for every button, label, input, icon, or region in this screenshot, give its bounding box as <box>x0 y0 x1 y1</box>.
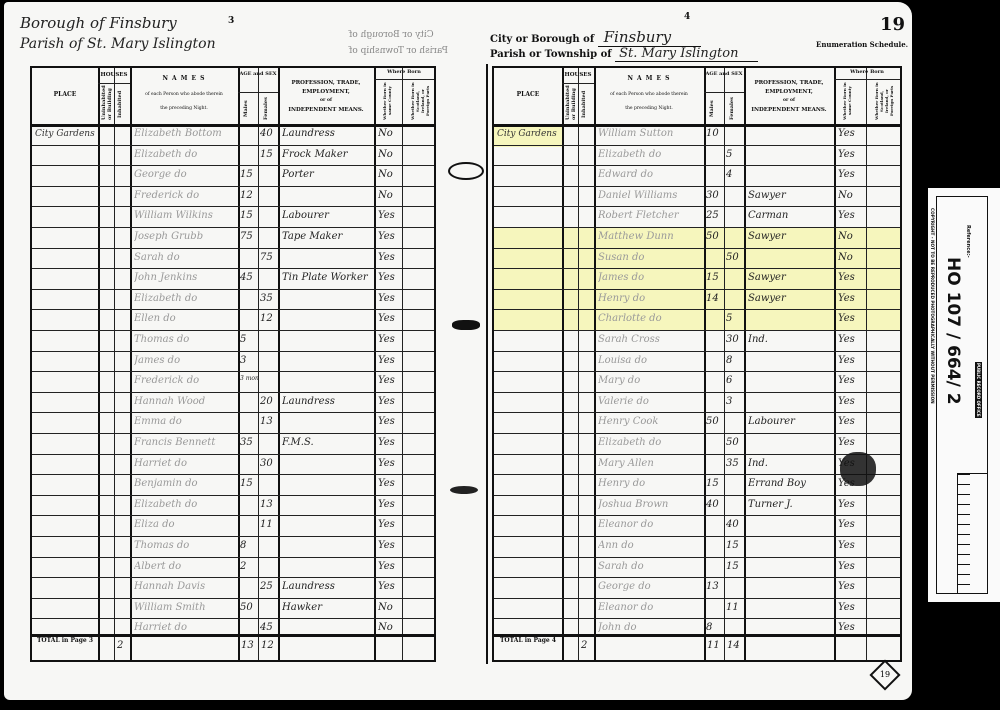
total-females: 12 <box>261 640 274 651</box>
age-male: 15 <box>240 478 258 489</box>
age-sex-header: AGE and SEX <box>238 72 278 78</box>
person-name: George do <box>598 581 702 592</box>
born-in-county: No <box>838 231 864 242</box>
age-female: 11 <box>726 602 744 613</box>
occupation: Porter <box>282 169 372 180</box>
person-name: William Sutton <box>598 128 702 139</box>
names-subheader-2: the preceding Night. <box>130 106 238 111</box>
born-in-county: Yes <box>838 272 864 283</box>
born-in-county: Yes <box>378 540 400 551</box>
right-page-number: 4 <box>684 12 690 22</box>
born-elsewhere-header: Whether Born in Scotland, Ireland, or Fo… <box>874 82 884 120</box>
column-divider <box>278 68 280 660</box>
row-divider <box>494 371 900 372</box>
born-in-county: Yes <box>378 293 400 304</box>
person-name: Ann do <box>598 540 702 551</box>
born-in-county: Yes <box>838 149 864 160</box>
column-divider <box>258 68 259 660</box>
row-divider <box>494 227 900 228</box>
column-divider <box>130 68 132 660</box>
left-borough-value: Finsbury <box>109 14 176 32</box>
row-divider <box>32 289 434 290</box>
inhabited-header: Inhabited <box>581 88 591 120</box>
age-male: 45 <box>240 272 258 283</box>
row-divider <box>494 598 900 599</box>
row-divider <box>32 495 434 496</box>
males-header: Males <box>243 98 253 120</box>
age-female: 40 <box>260 128 278 139</box>
age-female: 12 <box>260 313 278 324</box>
occupation: Carman <box>748 210 832 221</box>
occupation: Sawyer <box>748 293 832 304</box>
place-value: City Gardens <box>497 129 557 139</box>
age-female: 15 <box>726 540 744 551</box>
age-male: 35 <box>240 437 258 448</box>
born-in-county: Yes <box>838 128 864 139</box>
row-divider <box>494 433 900 434</box>
row-divider <box>32 145 434 146</box>
right-borough-value: Finsbury <box>598 28 701 47</box>
reference-strip: Reference:- HO 107 / 664/ 2 PUBLIC RECOR… <box>928 188 1000 602</box>
row-divider <box>494 165 900 166</box>
profession-header: or of <box>744 98 834 103</box>
row-divider <box>494 495 900 496</box>
column-divider <box>402 68 403 660</box>
born-elsewhere-header: Whether Born in Scotland, Ireland, or Fo… <box>410 82 420 120</box>
females-header: Females <box>729 98 739 120</box>
age-female: 50 <box>726 252 744 263</box>
ghost-borough-text: City or Borough of <box>349 30 434 40</box>
row-divider <box>32 206 434 207</box>
where-born-header: Where Born <box>374 70 434 76</box>
column-divider <box>578 68 579 660</box>
occupation: Labourer <box>748 416 832 427</box>
person-name: John Jenkins <box>134 272 236 283</box>
born-in-county: Yes <box>838 561 864 572</box>
age-female: 15 <box>726 561 744 572</box>
houses-header: HOUSES <box>562 72 594 78</box>
row-divider <box>32 618 434 619</box>
occupation: Laundress <box>282 128 372 139</box>
row-divider <box>494 577 900 578</box>
row-divider <box>32 598 434 599</box>
left-parish-value: St. Mary Islington <box>87 36 216 52</box>
row-divider <box>32 268 434 269</box>
page-fold <box>486 64 488 664</box>
houses-subdivider <box>562 83 594 84</box>
row-divider <box>494 392 900 393</box>
person-name: Benjamin do <box>134 478 236 489</box>
born-in-county: Yes <box>838 622 864 633</box>
census-page-spread: Borough of Finsbury Parish of St. Mary I… <box>4 2 912 700</box>
age-female: 5 <box>726 149 744 160</box>
born-subdivider <box>834 79 900 80</box>
born-in-county: Yes <box>378 396 400 407</box>
occupation: Frock Maker <box>282 149 372 160</box>
occupation: Laundress <box>282 396 372 407</box>
column-divider <box>594 68 596 660</box>
right-parish-header: Parish or Township of St. Mary Islington <box>490 46 758 61</box>
born-in-county: No <box>378 190 400 201</box>
total-label: TOTAL in Page 4 <box>498 638 558 645</box>
person-name: Frederick do <box>134 375 236 386</box>
row-divider <box>494 412 900 413</box>
row-divider <box>32 309 434 310</box>
row-divider <box>32 557 434 558</box>
age-female: 3 <box>726 396 744 407</box>
person-name: Hannah Wood <box>134 396 236 407</box>
born-in-county: No <box>378 622 400 633</box>
age-female: 25 <box>260 581 278 592</box>
occupation: Ind. <box>748 334 832 345</box>
born-in-county: Yes <box>838 375 864 386</box>
born-in-county: Yes <box>838 334 864 345</box>
row-divider <box>32 371 434 372</box>
row-divider <box>494 309 900 310</box>
uninhabited-header: Uninhabited or Building <box>565 88 575 120</box>
row-divider <box>32 454 434 455</box>
age-female: 8 <box>726 355 744 366</box>
total-males: 13 <box>241 640 254 651</box>
person-name: Hannah Davis <box>134 581 236 592</box>
person-name: Elizabeth Bottom <box>134 128 236 139</box>
profession-header: EMPLOYMENT, <box>278 89 374 95</box>
person-name: Sarah do <box>134 252 236 263</box>
person-name: Emma do <box>134 416 236 427</box>
person-name: Henry do <box>598 293 702 304</box>
profession-header: INDEPENDENT MEANS. <box>744 107 834 113</box>
copyright-notice: COPYRIGHT - NOT TO BE REPRODUCED PHOTOGR… <box>930 208 935 404</box>
where-born-header: Where Born <box>834 70 900 76</box>
age-female: 15 <box>260 149 278 160</box>
profession-header: EMPLOYMENT, <box>744 89 834 95</box>
row-divider <box>494 474 900 475</box>
age-male: 3 <box>240 355 258 366</box>
total-males: 11 <box>707 640 720 651</box>
born-in-county: No <box>378 128 400 139</box>
person-name: Elizabeth do <box>134 293 236 304</box>
right-parish-value: St. Mary Islington <box>615 46 758 62</box>
column-divider <box>834 68 836 660</box>
row-divider <box>32 515 434 516</box>
row-divider <box>494 268 900 269</box>
person-name: Eleanor do <box>598 519 702 530</box>
occupation: Hawker <box>282 602 372 613</box>
place-header: PLACE <box>494 92 562 99</box>
right-borough-header: City or Borough of Finsbury <box>490 28 701 46</box>
column-divider <box>866 68 867 660</box>
right-census-table: PLACEHOUSESUninhabited or BuildingInhabi… <box>492 66 902 662</box>
born-in-county: Yes <box>378 561 400 572</box>
ghost-parish-text: Parish or Township of <box>349 46 448 56</box>
age-male: 50 <box>706 416 724 427</box>
person-name: Ellen do <box>134 313 236 324</box>
ink-blot <box>452 320 480 330</box>
age-male: 12 <box>240 190 258 201</box>
person-name: Harriet do <box>134 622 236 633</box>
age-male: 8 <box>240 540 258 551</box>
age-female: 13 <box>260 416 278 427</box>
stamp-number: 19 <box>876 666 894 684</box>
born-in-county: Yes <box>838 169 864 180</box>
born-in-county: Yes <box>378 210 400 221</box>
total-houses: 2 <box>117 640 123 651</box>
born-in-county: Yes <box>378 231 400 242</box>
place-header: PLACE <box>32 92 98 99</box>
born-in-county: No <box>838 190 864 201</box>
person-name: Joshua Brown <box>598 499 702 510</box>
age-female: 4 <box>726 169 744 180</box>
age-male: 10 <box>706 128 724 139</box>
born-in-county: Yes <box>378 375 400 386</box>
person-name: Harriet do <box>134 458 236 469</box>
person-name: Edward do <box>598 169 702 180</box>
row-divider <box>32 536 434 537</box>
born-in-county: Yes <box>838 293 864 304</box>
column-divider <box>562 68 564 660</box>
uninhabited-header: Uninhabited or Building <box>101 88 111 120</box>
right-borough-label: City or Borough of <box>490 34 594 45</box>
header-divider <box>32 124 434 127</box>
age-female: 5 <box>726 313 744 324</box>
age-female: 75 <box>260 252 278 263</box>
person-name: Thomas do <box>134 540 236 551</box>
born-in-county: Yes <box>838 540 864 551</box>
born-in-county: Yes <box>378 478 400 489</box>
person-name: Elizabeth do <box>134 499 236 510</box>
born-in-county: No <box>838 252 864 263</box>
born-in-county: Yes <box>838 210 864 221</box>
person-name: Mary Allen <box>598 458 702 469</box>
row-divider <box>494 145 900 146</box>
total-females: 14 <box>727 640 740 651</box>
row-divider <box>494 515 900 516</box>
person-name: Elizabeth do <box>598 437 702 448</box>
born-in-county: Yes <box>838 519 864 530</box>
row-divider <box>494 206 900 207</box>
column-divider <box>98 68 100 660</box>
age-female: 6 <box>726 375 744 386</box>
binding-ribbon-top <box>448 162 484 180</box>
age-male: 30 <box>706 190 724 201</box>
born-in-county: Yes <box>838 396 864 407</box>
profession-header: PROFESSION, TRADE, <box>278 80 374 86</box>
row-divider <box>494 289 900 290</box>
profession-header: PROFESSION, TRADE, <box>744 80 834 86</box>
person-name: Sarah do <box>598 561 702 572</box>
row-divider <box>494 618 900 619</box>
names-header: N A M E S <box>130 76 238 83</box>
born-in-county: Yes <box>378 272 400 283</box>
ruler-scale <box>957 473 988 594</box>
born-in-county: Yes <box>378 313 400 324</box>
age-male: 40 <box>706 499 724 510</box>
occupation: Turner J. <box>748 499 832 510</box>
row-divider <box>32 412 434 413</box>
person-name: Albert do <box>134 561 236 572</box>
row-divider <box>32 248 434 249</box>
row-divider <box>32 474 434 475</box>
row-divider <box>32 433 434 434</box>
occupation: F.M.S. <box>282 437 372 448</box>
age-male: 15 <box>240 169 258 180</box>
age-female: 50 <box>726 437 744 448</box>
row-divider <box>32 330 434 331</box>
age-female: 20 <box>260 396 278 407</box>
occupation: Laundress <box>282 581 372 592</box>
header-divider <box>494 124 900 127</box>
age-male: 8 <box>706 622 724 633</box>
age-male: 25 <box>706 210 724 221</box>
profession-header: or of <box>278 98 374 103</box>
age-female: 30 <box>726 334 744 345</box>
person-name: Louisa do <box>598 355 702 366</box>
occupation: Tape Maker <box>282 231 372 242</box>
person-name: James do <box>598 272 702 283</box>
occupation: Sawyer <box>748 231 832 242</box>
born-in-county: Yes <box>838 602 864 613</box>
left-parish-header: Parish of St. Mary Islington <box>20 36 216 52</box>
born-in-county: Yes <box>378 334 400 345</box>
person-name: Joseph Grubb <box>134 231 236 242</box>
ink-blot-right <box>840 452 876 486</box>
row-divider <box>494 454 900 455</box>
person-name: Frederick do <box>134 190 236 201</box>
row-divider <box>494 186 900 187</box>
age-sex-header: AGE and SEX <box>704 72 744 78</box>
born-in-county: Yes <box>838 581 864 592</box>
born-county-header: Whether Born in same County <box>842 82 852 120</box>
person-name: William Smith <box>134 602 236 613</box>
born-in-county: Yes <box>838 437 864 448</box>
houses-header: HOUSES <box>98 72 130 78</box>
born-subdivider <box>374 79 434 80</box>
born-in-county: Yes <box>378 355 400 366</box>
reference-number: HO 107 / 664/ 2 <box>943 257 963 405</box>
occupation: Tin Plate Worker <box>282 272 372 283</box>
column-divider <box>704 68 706 660</box>
names-subheader-2: the preceding Night. <box>594 106 704 111</box>
age-male: 2 <box>240 561 258 572</box>
person-name: Eleanor do <box>598 602 702 613</box>
row-divider <box>494 351 900 352</box>
row-divider <box>32 186 434 187</box>
born-in-county: Yes <box>838 355 864 366</box>
column-divider <box>744 68 746 660</box>
person-name: Henry Cook <box>598 416 702 427</box>
names-subheader-1: of each Person who abode therein <box>594 92 704 97</box>
row-divider <box>494 557 900 558</box>
person-name: Francis Bennett <box>134 437 236 448</box>
person-name: Susan do <box>598 252 702 263</box>
reference-label: Reference:- <box>965 225 971 258</box>
person-name: John do <box>598 622 702 633</box>
females-header: Females <box>263 98 273 120</box>
person-name: Sarah Cross <box>598 334 702 345</box>
born-in-county: Yes <box>838 416 864 427</box>
person-name: Valerie do <box>598 396 702 407</box>
occupation: Sawyer <box>748 272 832 283</box>
age-male: 14 <box>706 293 724 304</box>
houses-subdivider <box>98 83 130 84</box>
age-male: 50 <box>706 231 724 242</box>
age-female: 40 <box>726 519 744 530</box>
age-male: 13 <box>706 581 724 592</box>
row-divider <box>32 227 434 228</box>
age-subdivider <box>238 92 278 93</box>
folio-number: 19 <box>880 14 905 35</box>
row-divider <box>32 165 434 166</box>
person-name: Thomas do <box>134 334 236 345</box>
names-subheader-1: of each Person who abode therein <box>130 92 238 97</box>
row-divider <box>32 351 434 352</box>
age-male: 75 <box>240 231 258 242</box>
born-in-county: Yes <box>378 252 400 263</box>
person-name: Charlotte do <box>598 313 702 324</box>
born-in-county: No <box>378 149 400 160</box>
age-male: 15 <box>240 210 258 221</box>
total-houses: 2 <box>581 640 587 651</box>
born-in-county: Yes <box>838 499 864 510</box>
born-in-county: No <box>378 602 400 613</box>
born-in-county: Yes <box>378 499 400 510</box>
column-divider <box>374 68 376 660</box>
enumeration-schedule-label: Enumeration Schedule. <box>816 40 908 49</box>
age-female: 35 <box>726 458 744 469</box>
born-county-header: Whether Born in same County <box>382 82 392 120</box>
person-name: Elizabeth do <box>134 149 236 160</box>
age-subdivider <box>704 92 744 93</box>
person-name: George do <box>134 169 236 180</box>
place-value: City Gardens <box>35 129 95 139</box>
person-name: Henry do <box>598 478 702 489</box>
left-census-table: PLACEHOUSESUninhabited or BuildingInhabi… <box>30 66 436 662</box>
row-divider <box>494 330 900 331</box>
names-header: N A M E S <box>594 76 704 83</box>
age-female: 35 <box>260 293 278 304</box>
profession-header: INDEPENDENT MEANS. <box>278 107 374 113</box>
age-female: 45 <box>260 622 278 633</box>
born-in-county: Yes <box>378 519 400 530</box>
total-label: TOTAL in Page 3 <box>36 638 94 645</box>
born-in-county: Yes <box>378 581 400 592</box>
age-male: 15 <box>706 478 724 489</box>
born-in-county: Yes <box>378 416 400 427</box>
born-in-county: Yes <box>838 313 864 324</box>
row-divider <box>32 392 434 393</box>
reference-strip-frame: Reference:- HO 107 / 664/ 2 PUBLIC RECOR… <box>936 196 988 594</box>
left-borough-label: Borough of <box>20 14 105 32</box>
age-female: 11 <box>260 519 278 530</box>
age-male: 3 months <box>240 375 258 382</box>
person-name: Eliza do <box>134 519 236 530</box>
age-female: 13 <box>260 499 278 510</box>
column-divider <box>724 68 725 660</box>
occupation: Errand Boy <box>748 478 832 489</box>
born-in-county: No <box>378 169 400 180</box>
left-borough-header: Borough of Finsbury <box>20 14 177 32</box>
person-name: Mary do <box>598 375 702 386</box>
age-male: 50 <box>240 602 258 613</box>
born-in-county: Yes <box>378 437 400 448</box>
right-parish-label: Parish or Township of <box>490 49 612 60</box>
person-name: William Wilkins <box>134 210 236 221</box>
person-name: Robert Fletcher <box>598 210 702 221</box>
page-stamp: 19 <box>869 659 900 690</box>
row-divider <box>494 248 900 249</box>
inhabited-header: Inhabited <box>117 88 127 120</box>
born-in-county: Yes <box>378 458 400 469</box>
